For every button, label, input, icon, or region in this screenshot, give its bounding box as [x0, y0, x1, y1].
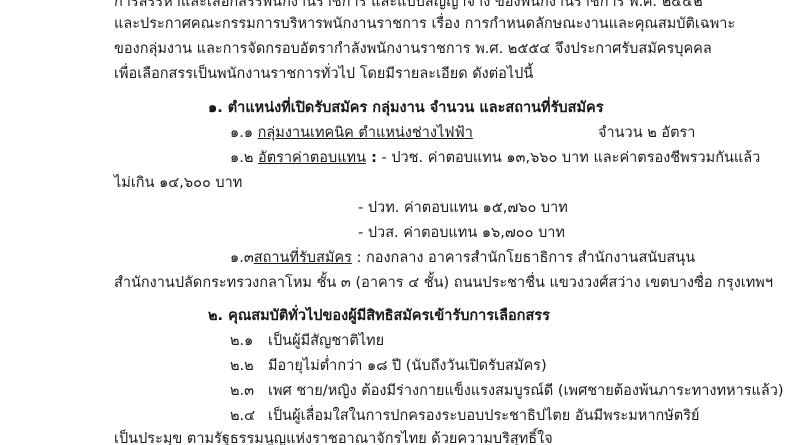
rate-high-vocational-cert: - ปวส. ค่าตอบแทน ๑๖,๗๐๐ บาท — [358, 222, 565, 244]
item-1-3-label: สถานที่รับสมัคร — [254, 250, 352, 266]
item-1-3-text: : กองกลาง อาคารสำนักโยธาธิการ สำนักงานสน… — [352, 250, 695, 266]
rate-technical-cert: - ปวท. ค่าตอบแทน ๑๕,๗๖๐ บาท — [358, 197, 568, 219]
item-1-1: ๑.๑ กลุ่มงานเทคนิค ตำแหน่งช่างไฟฟ้า — [230, 122, 473, 144]
item-1-1-count: จำนวน ๒ อัตรา — [598, 122, 695, 144]
item-1-2-separator: : — [366, 150, 377, 166]
section-2-heading: ๒. คุณสมบัติทั่วไปของผู้มีสิทธิสมัครเข้า… — [208, 305, 550, 327]
item-2-1-text: เป็นผู้มีสัญชาติไทย — [268, 330, 384, 352]
rate-vocational-cert-cont: ไม่เกิน ๑๔,๖๐๐ บาท — [114, 172, 242, 194]
item-2-3-number: ๒.๓ — [230, 380, 254, 402]
item-1-3: ๑.๓สถานที่รับสมัคร : กองกลาง อาคารสำนักโ… — [230, 247, 695, 269]
section-1-heading: ๑. ตำแหน่งที่เปิดรับสมัคร กลุ่มงาน จำนวน… — [208, 97, 604, 119]
item-2-2-number: ๒.๒ — [230, 355, 254, 377]
intro-line-4: เพื่อเลือกสรรเป็นพนักงานราชการทั่วไป โดย… — [114, 63, 533, 85]
item-1-1-label: กลุ่มงานเทคนิค ตำแหน่งช่างไฟฟ้า — [258, 125, 473, 141]
item-1-3-cont: สำนักงานปลัดกระทรวงกลาโหม ชั้น ๓ (อาคาร … — [114, 272, 773, 294]
rate-vocational-cert: - ปวช. ค่าตอบแทน ๑๓,๖๖๐ บาท และค่าตรองชี… — [377, 150, 760, 166]
intro-line-3: ของกลุ่มงาน และการจัดกรอบอัตรากำลังพนักง… — [114, 38, 712, 60]
item-2-4-number: ๒.๔ — [230, 405, 255, 427]
item-1-3-number: ๑.๓ — [230, 250, 254, 266]
item-2-4-cont: เป็นประมุข ตามรัฐธรรมนูญแห่งราชอาณาจักรไ… — [114, 428, 553, 445]
item-1-2: ๑.๒ อัตราค่าตอบแทน : - ปวช. ค่าตอบแทน ๑๓… — [230, 147, 760, 169]
item-1-1-number: ๑.๑ — [230, 125, 253, 141]
item-2-4-text: เป็นผู้เลื่อมใสในการปกครองระบอบประชาธิปไ… — [268, 405, 700, 427]
item-2-1-number: ๒.๑ — [230, 330, 253, 352]
item-1-2-number: ๑.๒ — [230, 150, 253, 166]
item-2-2-text: มีอายุไม่ต่ำกว่า ๑๘ ปี (นับถึงวันเปิดรับ… — [268, 355, 547, 377]
intro-line-1: การสรรหาและเลือกสรรพนักงานราชการ และแบบส… — [114, 0, 703, 13]
item-1-2-label: อัตราค่าตอบแทน — [258, 150, 366, 166]
item-2-3-text: เพศ ชาย/หญิง ต้องมีร่างกายแข็งแรงสมบูรณ์… — [268, 380, 784, 402]
intro-line-2: และประกาศคณะกรรมการบริหารพนักงานราชการ เ… — [114, 13, 735, 35]
